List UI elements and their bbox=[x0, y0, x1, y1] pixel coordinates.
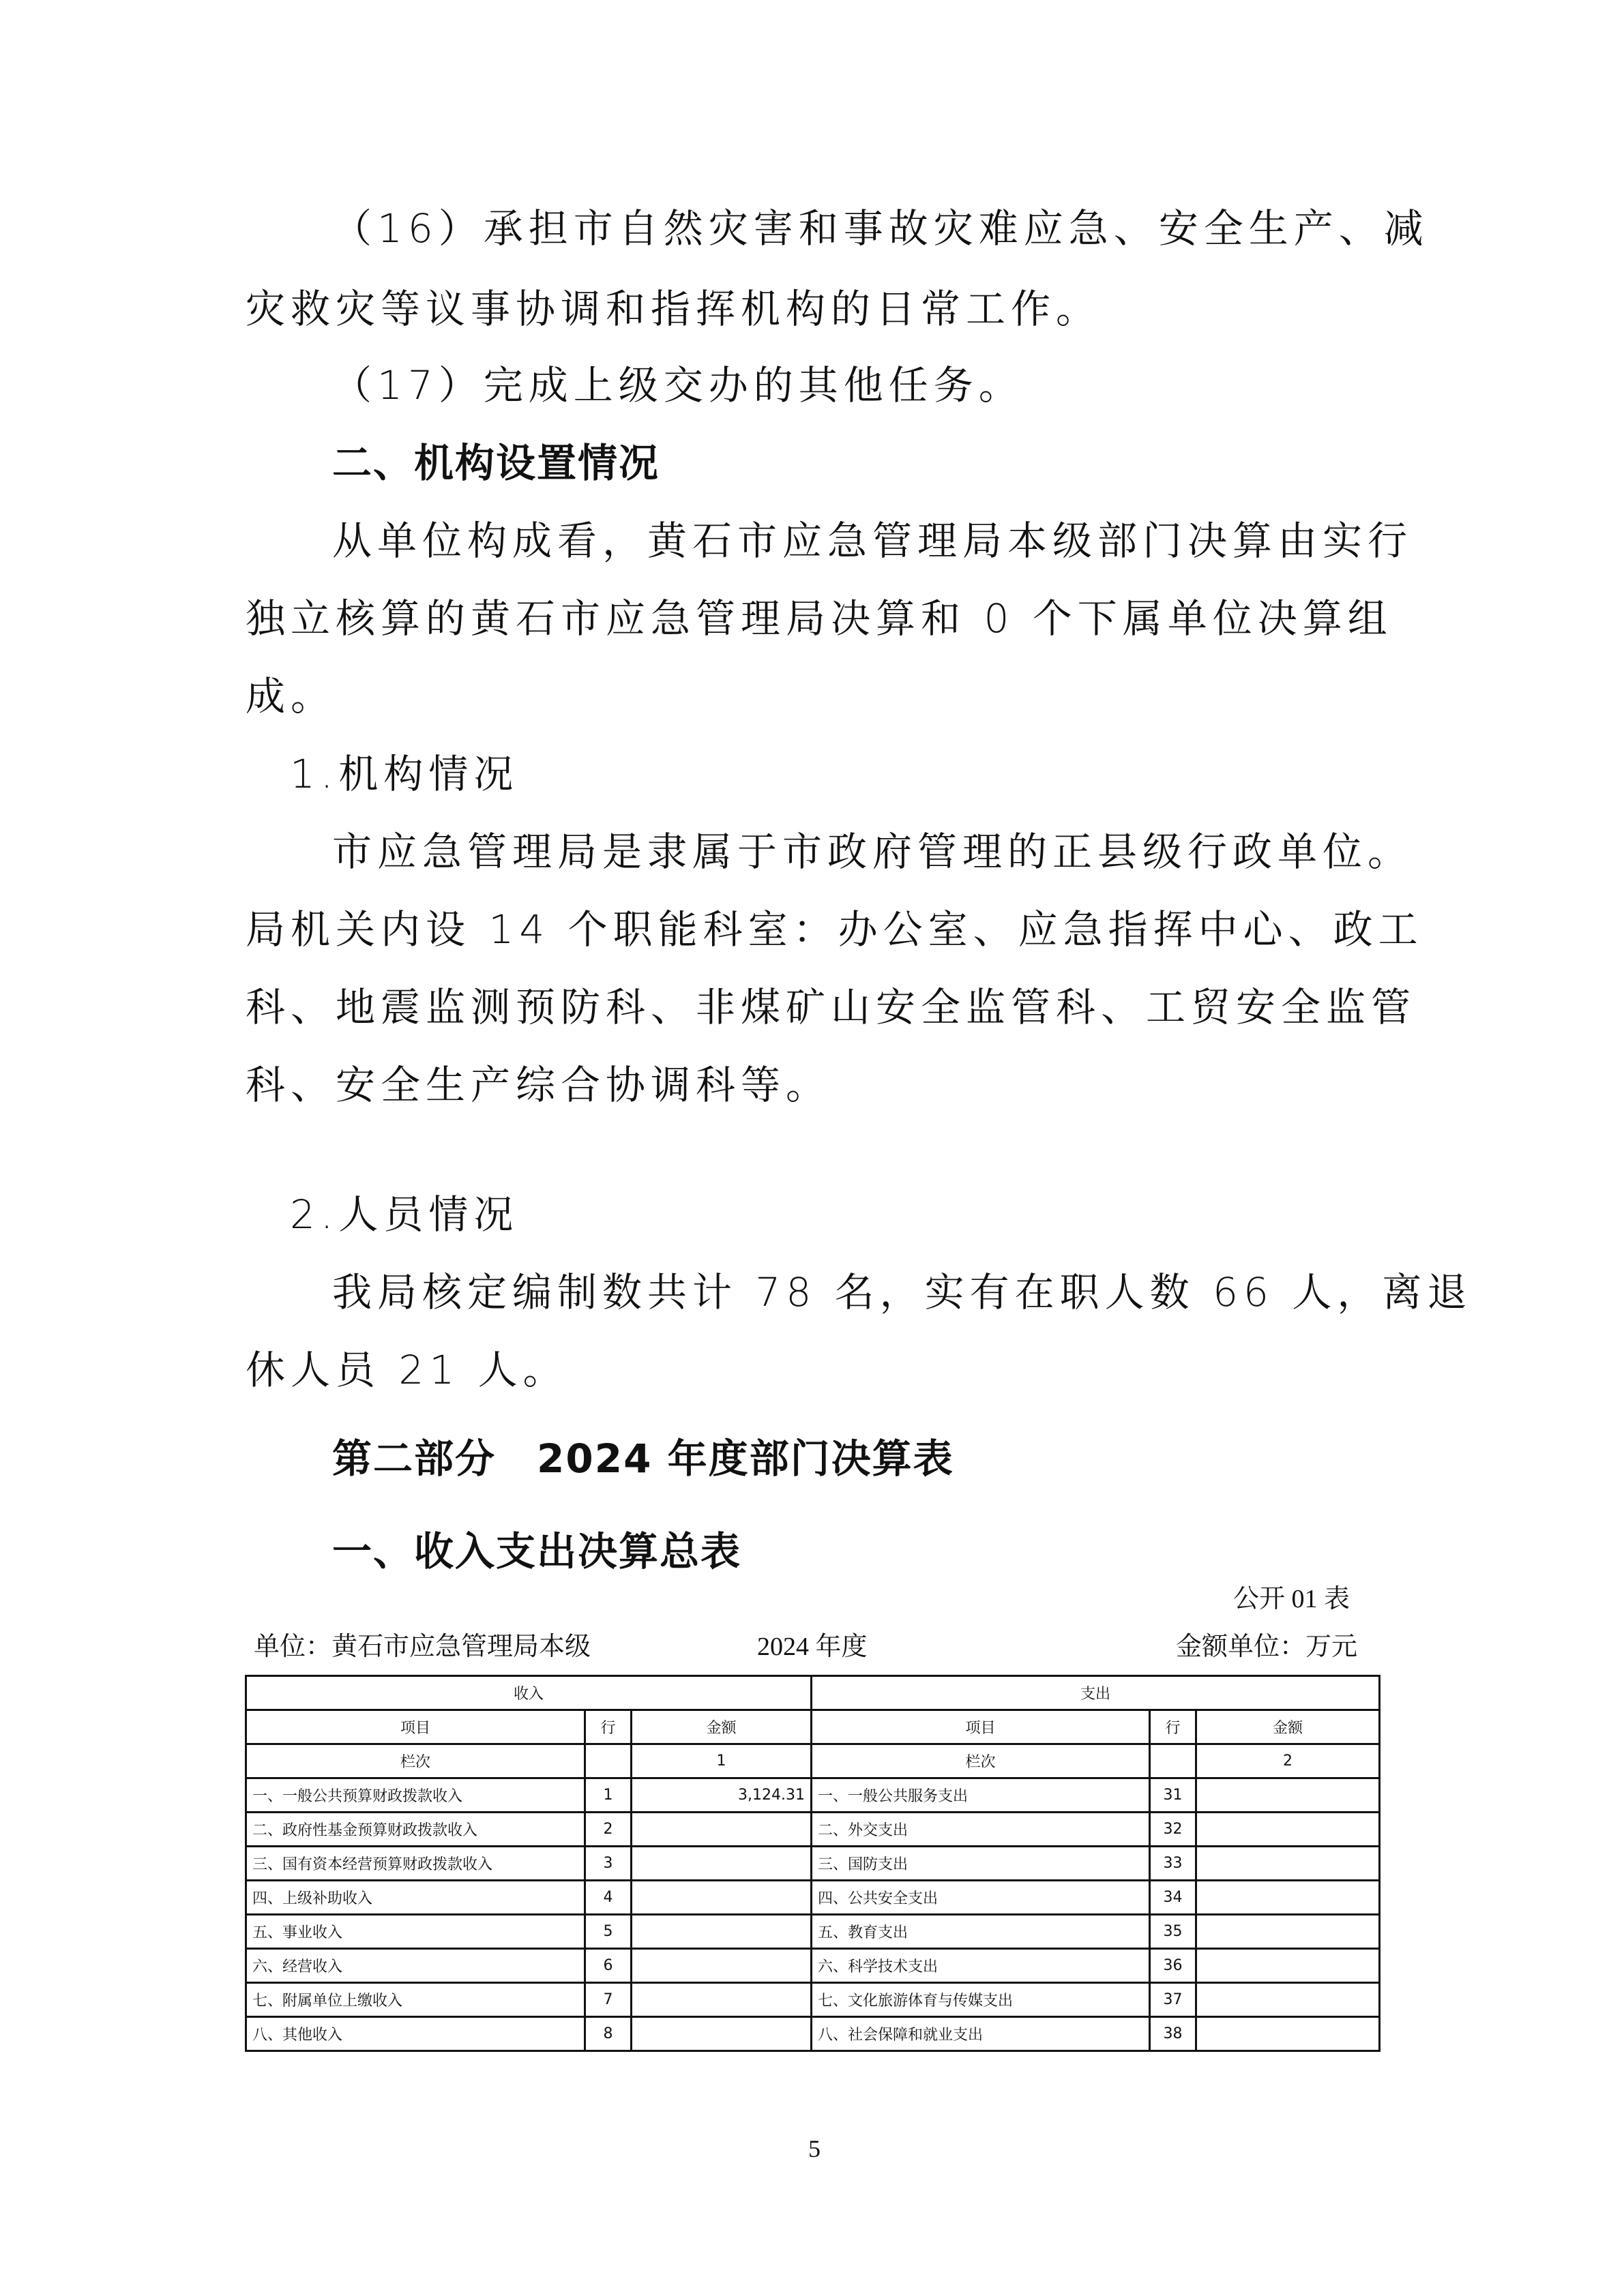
expense-amount-header: 金额 bbox=[1196, 1710, 1380, 1744]
expense-row-no: 31 bbox=[1150, 1778, 1196, 1813]
expense-item: 五、教育支出 bbox=[812, 1915, 1150, 1949]
column-header-row: 项目 行 金额 项目 行 金额 bbox=[246, 1710, 1380, 1744]
expense-amount bbox=[1196, 2017, 1380, 2051]
expense-row-no: 36 bbox=[1150, 1949, 1196, 1983]
table-row: 一、一般公共预算财政拨款收入13,124.31一、一般公共服务支出31 bbox=[246, 1778, 1380, 1813]
expense-amount bbox=[1196, 1813, 1380, 1847]
income-row-no: 7 bbox=[585, 1983, 632, 2017]
amount-unit: 金额单位：万元 bbox=[1176, 1631, 1357, 1663]
expense-item: 二、外交支出 bbox=[812, 1813, 1150, 1847]
income-amount-header: 金额 bbox=[632, 1710, 812, 1744]
expense-amount bbox=[1196, 1915, 1380, 1949]
income-row-no: 5 bbox=[585, 1915, 632, 1949]
income-item: 六、经营收入 bbox=[246, 1949, 585, 1983]
table-row: 七、附属单位上缴收入7七、文化旅游体育与传媒支出37 bbox=[246, 1983, 1380, 2017]
income-amount bbox=[632, 1983, 812, 2017]
income-row-no: 4 bbox=[585, 1881, 632, 1915]
expense-header: 支出 bbox=[812, 1676, 1380, 1710]
section-heading: 一、收入支出决算总表 bbox=[332, 1527, 741, 1575]
table-row: 五、事业收入5五、教育支出35 bbox=[246, 1915, 1380, 1949]
table-row: 八、其他收入8八、社会保障和就业支出38 bbox=[246, 2017, 1380, 2051]
income-col-index: 1 bbox=[632, 1744, 812, 1778]
income-item: 五、事业收入 bbox=[246, 1915, 585, 1949]
expense-item: 三、国防支出 bbox=[812, 1847, 1150, 1881]
table-row: 四、上级补助收入4四、公共安全支出34 bbox=[246, 1881, 1380, 1915]
expense-item: 四、公共安全支出 bbox=[812, 1881, 1150, 1915]
body-text-line: 1.机构情况 bbox=[290, 750, 518, 798]
expense-index-empty bbox=[1150, 1744, 1196, 1778]
page-number: 5 bbox=[808, 2134, 821, 2163]
income-item: 八、其他收入 bbox=[246, 2017, 585, 2051]
income-row-no: 8 bbox=[585, 2017, 632, 2051]
body-text-line: 2.人员情况 bbox=[290, 1191, 518, 1238]
expense-item: 六、科学技术支出 bbox=[812, 1949, 1150, 1983]
body-text-line: 市应急管理局是隶属于市政府管理的正县级行政单位。 bbox=[332, 828, 1413, 876]
expense-item: 七、文化旅游体育与传媒支出 bbox=[812, 1983, 1150, 2017]
body-text-line: 科、安全生产综合协调科等。 bbox=[246, 1061, 831, 1109]
body-text-line: 从单位构成看，黄石市应急管理局本级部门决算由实行 bbox=[332, 517, 1413, 565]
body-text-line: 休人员 21 人。 bbox=[246, 1346, 568, 1394]
income-amount bbox=[632, 1847, 812, 1881]
income-row-header: 行 bbox=[585, 1710, 632, 1744]
income-item: 一、一般公共预算财政拨款收入 bbox=[246, 1778, 585, 1813]
body-text-line: 局机关内设 14 个职能科室：办公室、应急指挥中心、政工 bbox=[246, 906, 1423, 953]
expense-amount bbox=[1196, 1949, 1380, 1983]
table-row: 三、国有资本经营预算财政拨款收入3三、国防支出33 bbox=[246, 1847, 1380, 1881]
income-item: 七、附属单位上缴收入 bbox=[246, 1983, 585, 2017]
expense-row-no: 35 bbox=[1150, 1915, 1196, 1949]
section-heading: 第二部分 2024 年度部门决算表 bbox=[332, 1435, 954, 1482]
income-index-empty bbox=[585, 1744, 632, 1778]
body-text-line: 独立核算的黄石市应急管理局决算和 0 个下属单位决算组 bbox=[246, 595, 1393, 642]
fiscal-year: 2024 年度 bbox=[757, 1631, 868, 1663]
expense-item: 一、一般公共服务支出 bbox=[812, 1778, 1150, 1813]
expense-row-no: 33 bbox=[1150, 1847, 1196, 1881]
income-amount: 3,124.31 bbox=[632, 1778, 812, 1813]
table-row: 二、政府性基金预算财政拨款收入2二、外交支出32 bbox=[246, 1813, 1380, 1847]
income-item: 三、国有资本经营预算财政拨款收入 bbox=[246, 1847, 585, 1881]
expense-amount bbox=[1196, 1983, 1380, 2017]
expense-amount bbox=[1196, 1847, 1380, 1881]
income-row-no: 1 bbox=[585, 1778, 632, 1813]
body-text-line: （17）完成上级交办的其他任务。 bbox=[332, 361, 1024, 409]
body-text-line: 成。 bbox=[246, 672, 336, 720]
expense-amount bbox=[1196, 1881, 1380, 1915]
body-text-line: 科、地震监测预防科、非煤矿山安全监管科、工贸安全监管 bbox=[246, 983, 1416, 1031]
income-row-no: 2 bbox=[585, 1813, 632, 1847]
expense-row-no: 34 bbox=[1150, 1881, 1196, 1915]
expense-row-no: 37 bbox=[1150, 1983, 1196, 2017]
income-amount bbox=[632, 1949, 812, 1983]
income-expense-summary-table: 收入 支出 项目 行 金额 项目 行 金额 栏次 1 栏次 2 一、一般公共预算… bbox=[245, 1675, 1381, 2052]
section-heading: 二、机构设置情况 bbox=[332, 439, 660, 487]
income-amount bbox=[632, 1881, 812, 1915]
expense-item-header: 项目 bbox=[812, 1710, 1150, 1744]
expense-item: 八、社会保障和就业支出 bbox=[812, 2017, 1150, 2051]
column-index-row: 栏次 1 栏次 2 bbox=[246, 1744, 1380, 1778]
income-item: 四、上级补助收入 bbox=[246, 1881, 585, 1915]
expense-row-header: 行 bbox=[1150, 1710, 1196, 1744]
expense-col-index: 2 bbox=[1196, 1744, 1380, 1778]
expense-amount bbox=[1196, 1778, 1380, 1813]
expense-index-label: 栏次 bbox=[812, 1744, 1150, 1778]
body-text-line: 我局核定编制数共计 78 名，实有在职人数 66 人，离退 bbox=[332, 1268, 1472, 1316]
income-item-header: 项目 bbox=[246, 1710, 585, 1744]
income-header: 收入 bbox=[246, 1676, 812, 1710]
income-index-label: 栏次 bbox=[246, 1744, 585, 1778]
expense-row-no: 32 bbox=[1150, 1813, 1196, 1847]
body-text-line: 灾救灾等议事协调和指挥机构的日常工作。 bbox=[246, 285, 1101, 333]
income-row-no: 6 bbox=[585, 1949, 632, 1983]
income-amount bbox=[632, 2017, 812, 2051]
income-amount bbox=[632, 1915, 812, 1949]
expense-row-no: 38 bbox=[1150, 2017, 1196, 2051]
form-number: 公开 01 表 bbox=[1233, 1583, 1350, 1615]
reporting-unit: 单位：黄石市应急管理局本级 bbox=[254, 1631, 591, 1663]
section-header-row: 收入 支出 bbox=[246, 1676, 1380, 1710]
income-item: 二、政府性基金预算财政拨款收入 bbox=[246, 1813, 585, 1847]
income-row-no: 3 bbox=[585, 1847, 632, 1881]
table-row: 六、经营收入6六、科学技术支出36 bbox=[246, 1949, 1380, 1983]
body-text-line: （16）承担市自然灾害和事故灾难应急、安全生产、减 bbox=[332, 205, 1429, 252]
income-amount bbox=[632, 1813, 812, 1847]
